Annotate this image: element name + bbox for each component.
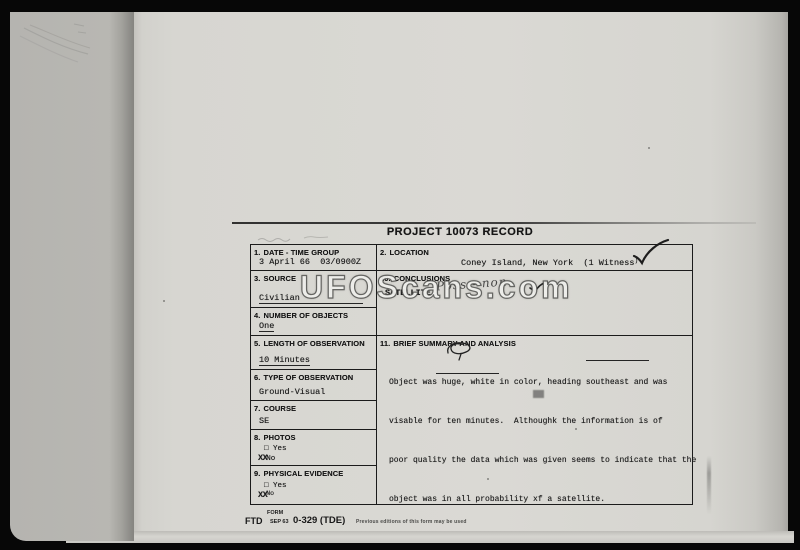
field-number: 3. — [254, 274, 260, 283]
underline-southeast — [586, 360, 649, 361]
field-number: 7. — [254, 404, 260, 413]
field-number: 8. — [254, 433, 260, 442]
scanned-document: PROJECT 10073 RECORD 1.DATE - TIME GROUP… — [0, 0, 800, 550]
footer-form-number: 0-329 (TDE) — [293, 515, 345, 526]
strikeover-smudge — [533, 390, 544, 398]
checkbox-icon: □ — [264, 482, 269, 490]
field-label: TYPE OF OBSERVATION — [263, 373, 353, 382]
paper-crease-marks — [16, 18, 108, 76]
footer-agency: FTD — [245, 516, 263, 526]
field-value: Coney Island, New York (1 Witness) — [461, 257, 638, 268]
physical-evidence-yes-option: □ Yes — [264, 482, 287, 490]
pencil-marks — [256, 232, 340, 244]
footer-form-date: SEP 63 — [270, 519, 289, 525]
footer-note: Previous editions of this form may be us… — [356, 519, 467, 525]
handwritten-loop-mark — [444, 339, 478, 363]
photos-yes-option: □ Yes — [264, 445, 287, 453]
field-number: 9. — [254, 469, 260, 478]
field-length-of-observation: 5.LENGTH OF OBSERVATION 10 Minutes — [251, 336, 377, 370]
summary-line: poor quality the data which was given se… — [389, 454, 696, 467]
field-label: PHOTOS — [263, 433, 295, 442]
field-photos: 8.PHOTOS □ Yes XXNo — [251, 430, 377, 466]
paper-speck — [163, 300, 165, 302]
field-number: 4. — [254, 311, 260, 320]
summary-line: visable for ten minutes. Althoughk the i… — [389, 415, 696, 428]
paper-speck — [648, 147, 650, 149]
field-value: One — [259, 321, 274, 332]
summary-text: Object was huge, white in color, heading… — [389, 350, 696, 532]
field-number: 2. — [380, 248, 386, 257]
field-label: LOCATION — [389, 248, 428, 257]
field-date-time-group: 1.DATE - TIME GROUP 3 April 66 03/0900Z — [251, 245, 377, 271]
checkmark-icon — [628, 238, 672, 266]
field-course: 7.COURSE SE — [251, 401, 377, 430]
field-label: PHYSICAL EVIDENCE — [263, 469, 343, 478]
field-type-of-observation: 6.TYPE OF OBSERVATION Ground-Visual — [251, 370, 377, 401]
field-label: COURSE — [263, 404, 296, 413]
field-number-of-objects: 4.NUMBER OF OBJECTS One — [251, 308, 377, 336]
watermark: UFOScans.com — [300, 269, 573, 306]
left-page — [10, 12, 134, 541]
field-brief-summary: 11.BRIEF SUMMARY AND ANALYSIS Object was… — [377, 336, 692, 504]
physical-evidence-no-option: XXNo — [258, 490, 274, 500]
field-value: 3 April 66 03/0900Z — [259, 257, 361, 267]
summary-line: object was in all probability xf a satel… — [389, 493, 696, 506]
field-label: LENGTH OF OBSERVATION — [263, 339, 364, 348]
header-rule — [232, 222, 756, 224]
field-label: NUMBER OF OBJECTS — [263, 311, 348, 320]
field-value: Ground-Visual — [259, 387, 325, 397]
bottom-paper-edge — [66, 531, 794, 543]
field-number: 6. — [254, 373, 260, 382]
field-number: 11. — [380, 339, 390, 348]
summary-line: Object was huge, white in color, heading… — [389, 376, 696, 389]
underline-ten-minutes — [436, 373, 499, 374]
photocopy-streak — [707, 456, 711, 514]
footer-form-word: FORM — [267, 510, 283, 516]
field-number: 5. — [254, 339, 260, 348]
field-physical-evidence: 9.PHYSICAL EVIDENCE □ Yes XXNo — [251, 466, 377, 504]
field-value: SE — [259, 416, 269, 426]
field-label: SOURCE — [263, 274, 296, 283]
field-value: 10 Minutes — [259, 355, 310, 366]
checkbox-icon: □ — [264, 445, 269, 453]
photos-no-option: XXNo — [258, 453, 275, 463]
